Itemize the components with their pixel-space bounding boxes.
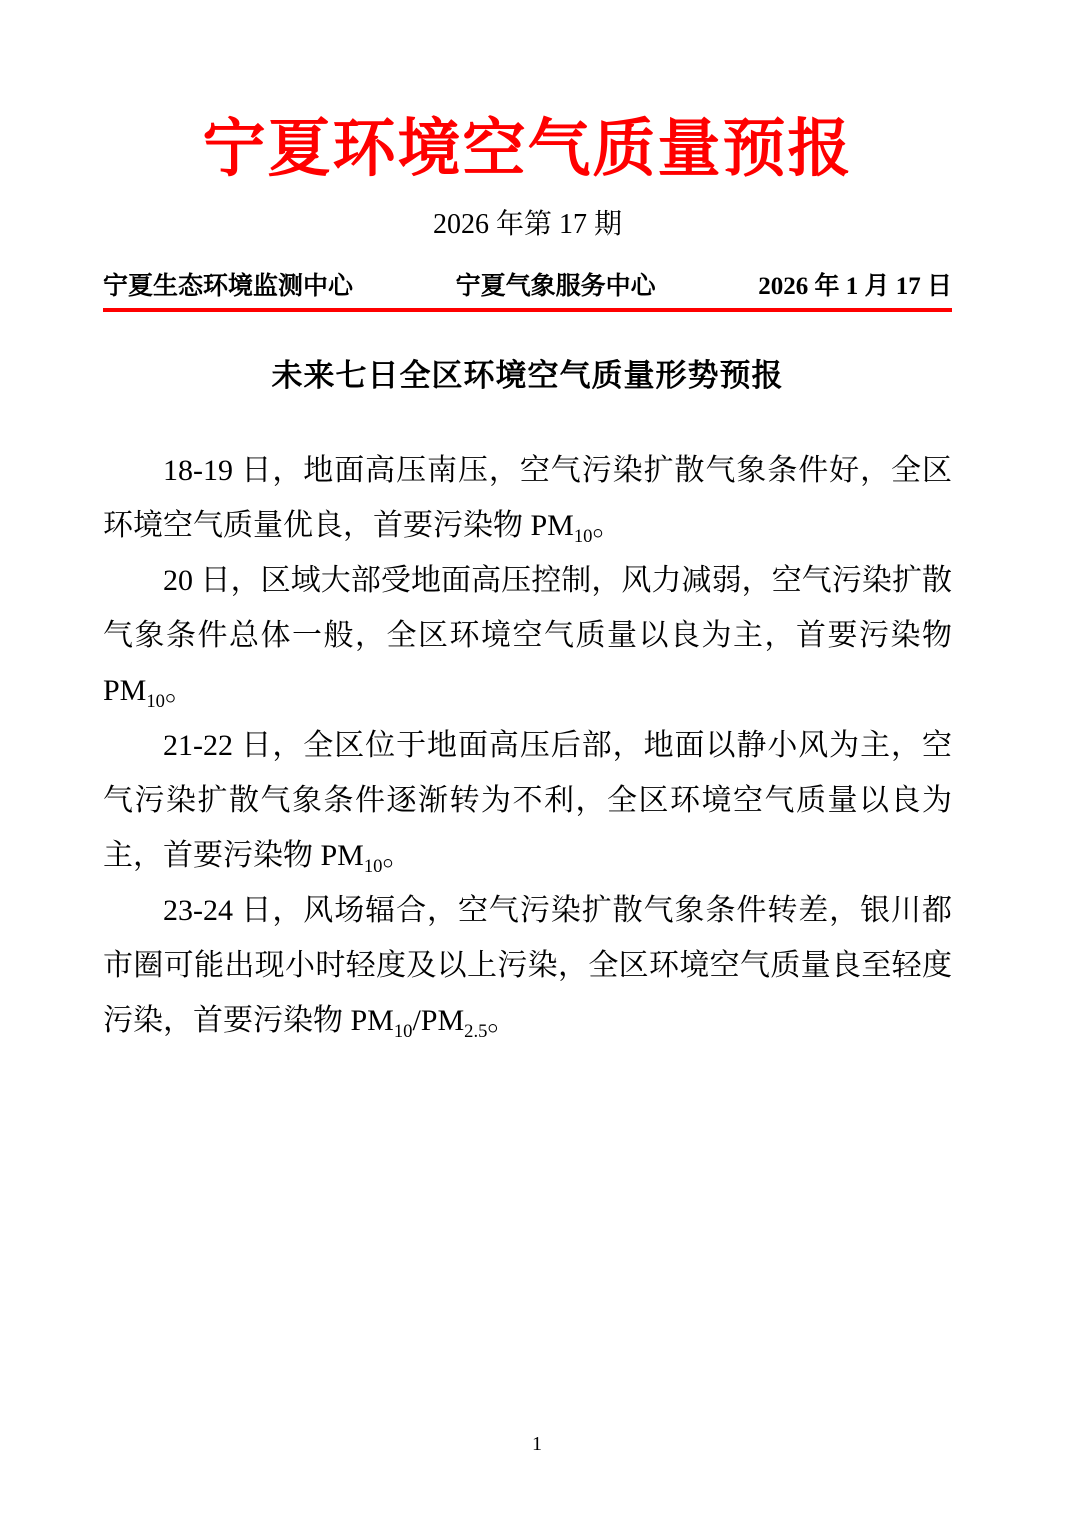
masthead-org-weather-service-center: 宁夏气象服务中心 [456,271,656,303]
forecast-body: 18-19 日，地面高压南压，空气污染扩散气象条件好，全区环境空气质量优良，首要… [103,443,952,1048]
document-title: 宁夏环境空气质量预报 [103,110,952,189]
document-page: 宁夏环境空气质量预报 2026 年第 17 期 宁夏生态环境监测中心 宁夏气象服… [0,0,1074,1520]
page-number: 1 [0,1433,1074,1456]
masthead: 宁夏生态环境监测中心 宁夏气象服务中心 2026 年 1 月 17 日 [103,271,952,303]
section-title: 未来七日全区环境空气质量形势预报 [103,356,952,396]
masthead-issue-date: 2026 年 1 月 17 日 [758,271,952,303]
masthead-divider-rule [103,308,952,312]
forecast-paragraph-day18-19: 18-19 日，地面高压南压，空气污染扩散气象条件好，全区环境空气质量优良，首要… [103,443,952,553]
forecast-paragraph-day21-22: 21-22 日，全区位于地面高压后部，地面以静小风为主，空气污染扩散气象条件逐渐… [103,718,952,883]
forecast-paragraph-day20: 20 日，区域大部受地面高压控制，风力减弱，空气污染扩散气象条件总体一般，全区环… [103,553,952,718]
forecast-paragraph-day23-24: 23-24 日，风场辐合，空气污染扩散气象条件转差，银川都市圈可能出现小时轻度及… [103,883,952,1048]
masthead-org-monitoring-center: 宁夏生态环境监测中心 [103,271,353,303]
issue-number: 2026 年第 17 期 [103,205,952,246]
